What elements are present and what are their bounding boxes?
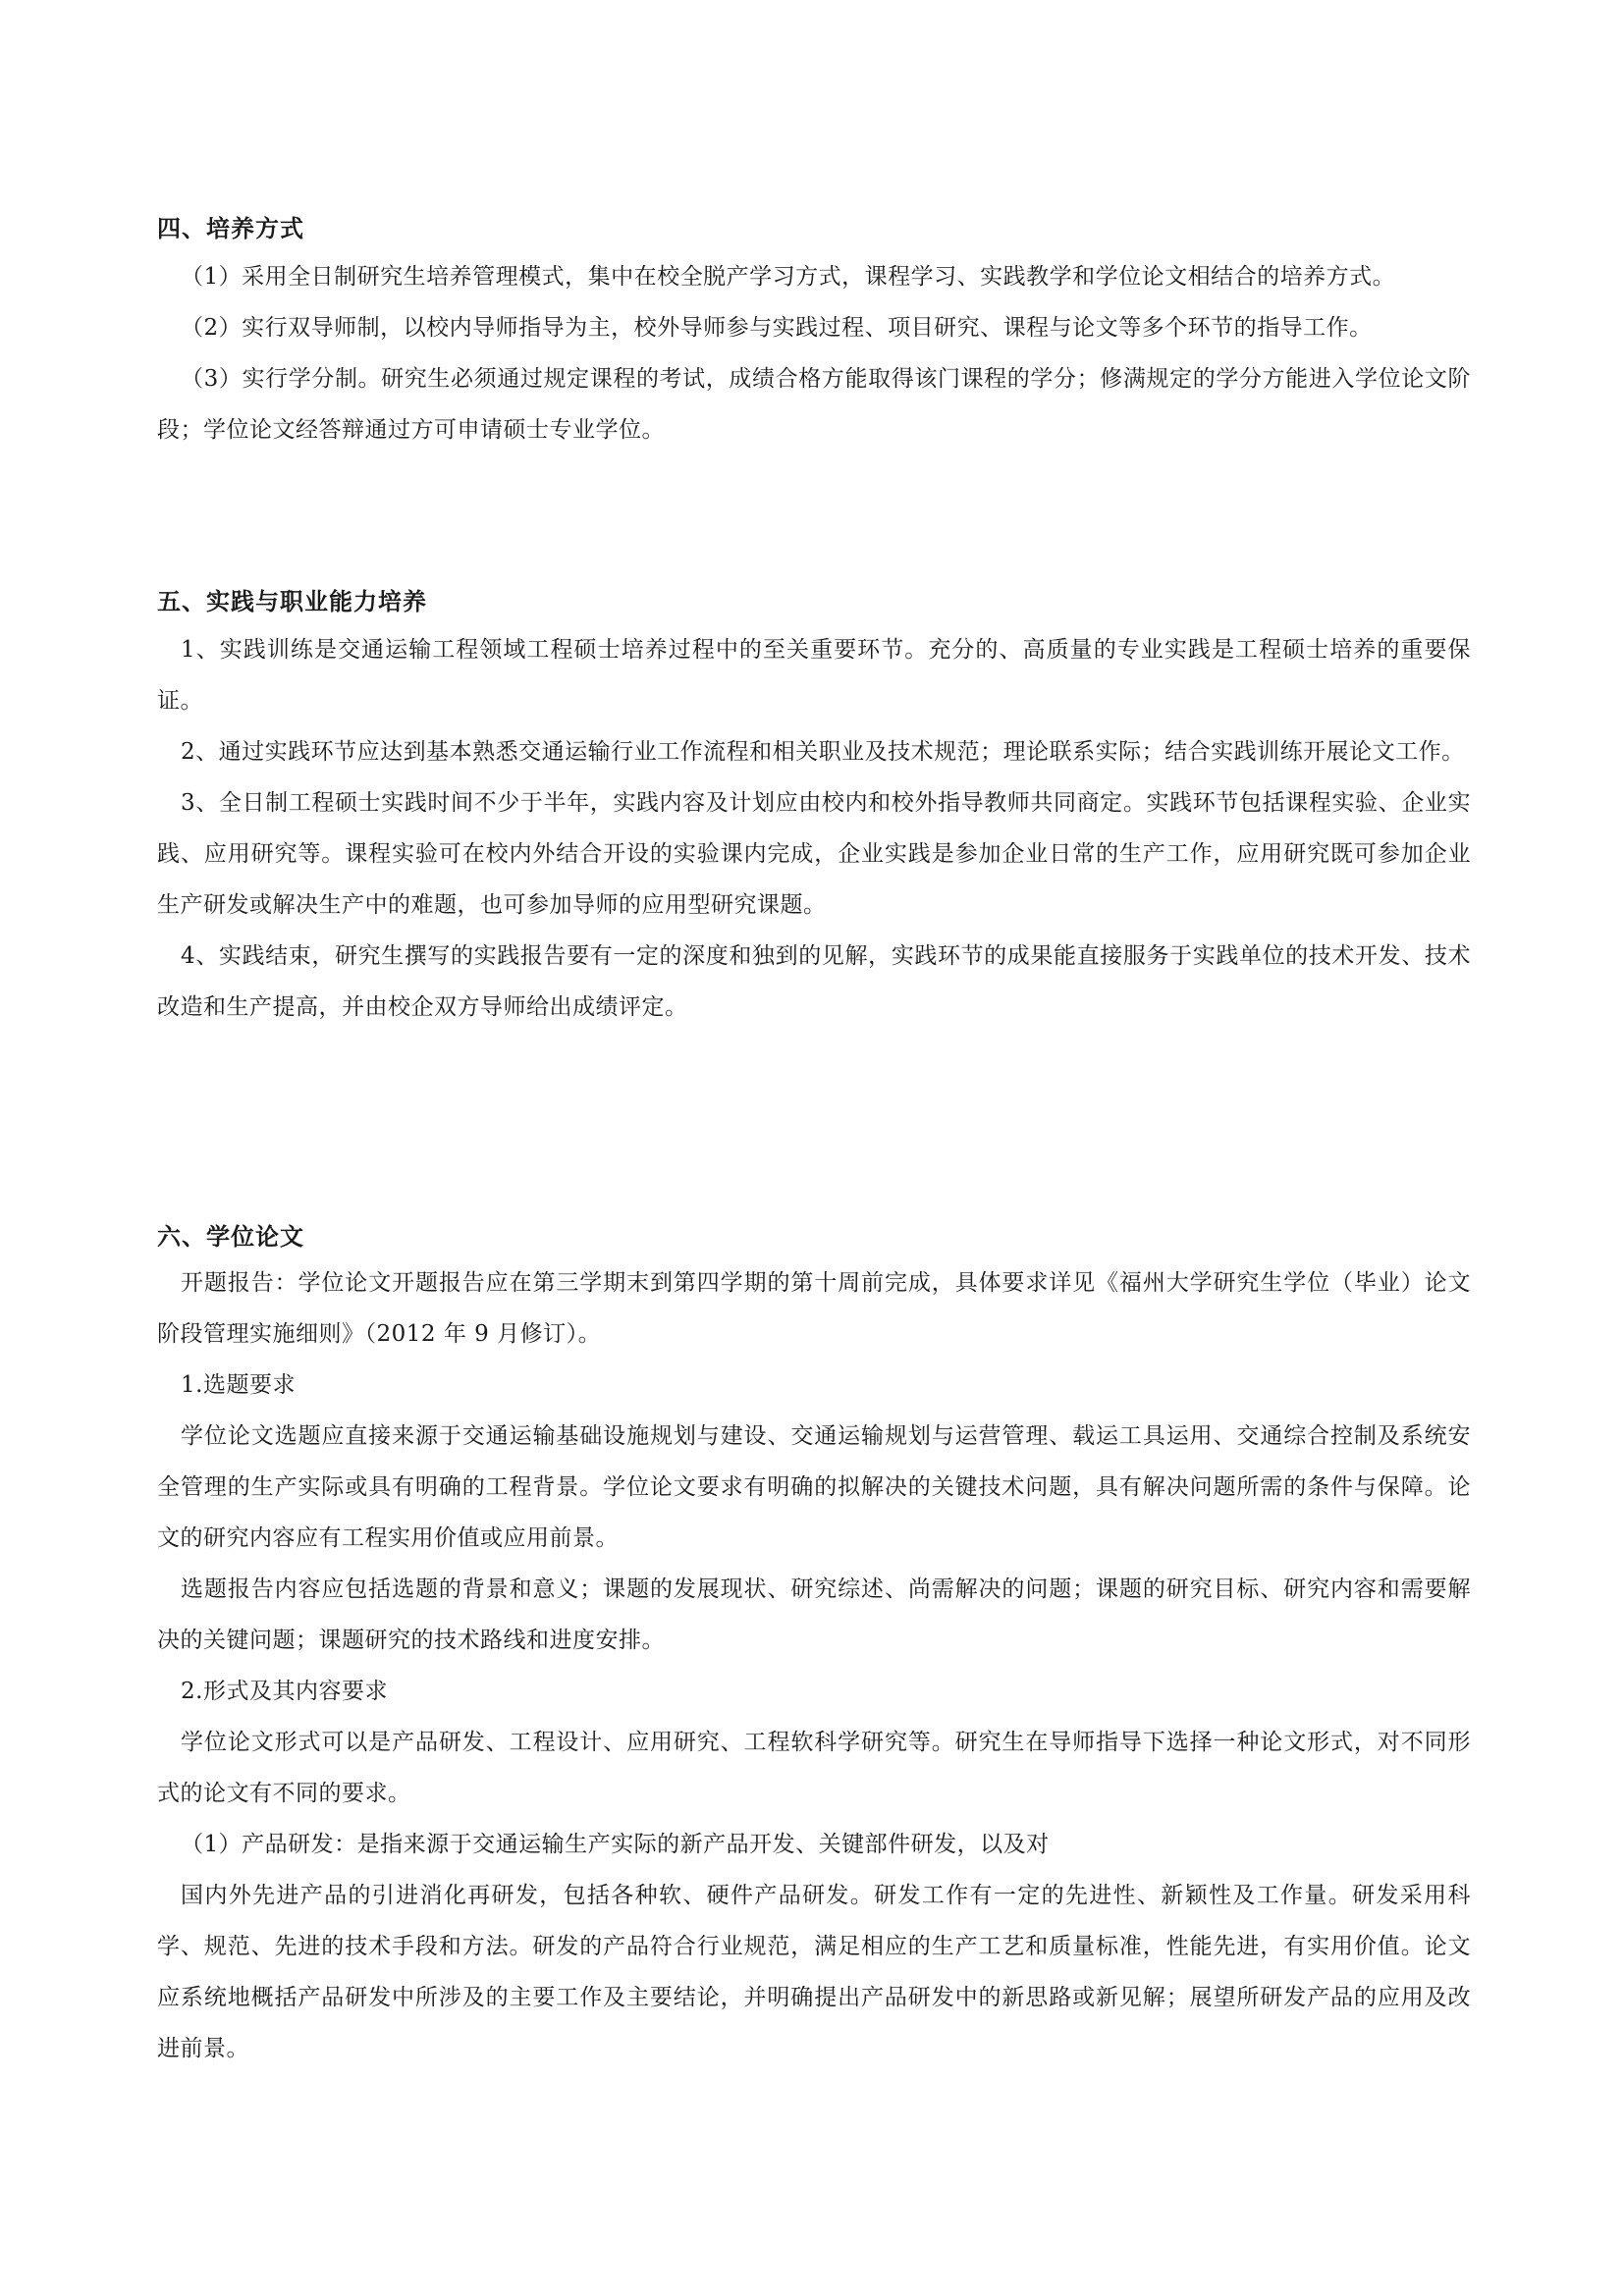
paragraph: （2）实行双导师制，以校内导师指导为主，校外导师参与实践过程、项目研究、课程与论… (157, 302, 1471, 353)
subheading: 1.选题要求 (157, 1360, 1471, 1411)
paragraph: 学位论文选题应直接来源于交通运输基础设施规划与建设、交通运输规划与运营管理、载运… (157, 1411, 1471, 1564)
paragraph: （3）实行学分制。研究生必须通过规定课程的考试，成绩合格方能取得该门课程的学分；… (157, 353, 1471, 455)
paragraph: 选题报告内容应包括选题的背景和意义；课题的发展现状、研究综述、尚需解决的问题；课… (157, 1564, 1471, 1666)
paragraph: 国内外先进产品的引进消化再研发，包括各种软、硬件产品研发。研发工作有一定的先进性… (157, 1870, 1471, 2074)
paragraph: （1）采用全日制研究生培养管理模式，集中在校全脱产学习方式，课程学习、实践教学和… (157, 251, 1471, 302)
section-heading: 四、培养方式 (157, 214, 1471, 243)
section-training-mode: 四、培养方式 （1）采用全日制研究生培养管理模式，集中在校全脱产学习方式，课程学… (157, 214, 1471, 455)
paragraph: （1）产品研发：是指来源于交通运输生产实际的新产品开发、关键部件研发，以及对 (157, 1819, 1471, 1870)
paragraph: 1、实践训练是交通运输工程领域工程硕士培养过程中的至关重要环节。充分的、高质量的… (157, 624, 1471, 726)
paragraph: 3、全日制工程硕士实践时间不少于半年，实践内容及计划应由校内和校外指导教师共同商… (157, 777, 1471, 931)
section-thesis: 六、学位论文 开题报告：学位论文开题报告应在第三学期末到第四学期的第十周前完成，… (157, 1222, 1471, 2074)
section-practice-training: 五、实践与职业能力培养 1、实践训练是交通运输工程领域工程硕士培养过程中的至关重… (157, 587, 1471, 1033)
section-heading: 五、实践与职业能力培养 (157, 587, 1471, 616)
paragraph: 学位论文形式可以是产品研发、工程设计、应用研究、工程软科学研究等。研究生在导师指… (157, 1717, 1471, 1819)
section-heading: 六、学位论文 (157, 1222, 1471, 1252)
paragraph: 4、实践结束，研究生撰写的实践报告要有一定的深度和独到的见解，实践环节的成果能直… (157, 931, 1471, 1033)
subheading: 2.形式及其内容要求 (157, 1666, 1471, 1717)
paragraph: 2、通过实践环节应达到基本熟悉交通运输行业工作流程和相关职业及技术规范；理论联系… (157, 726, 1471, 777)
paragraph: 开题报告：学位论文开题报告应在第三学期末到第四学期的第十周前完成，具体要求详见《… (157, 1257, 1471, 1360)
